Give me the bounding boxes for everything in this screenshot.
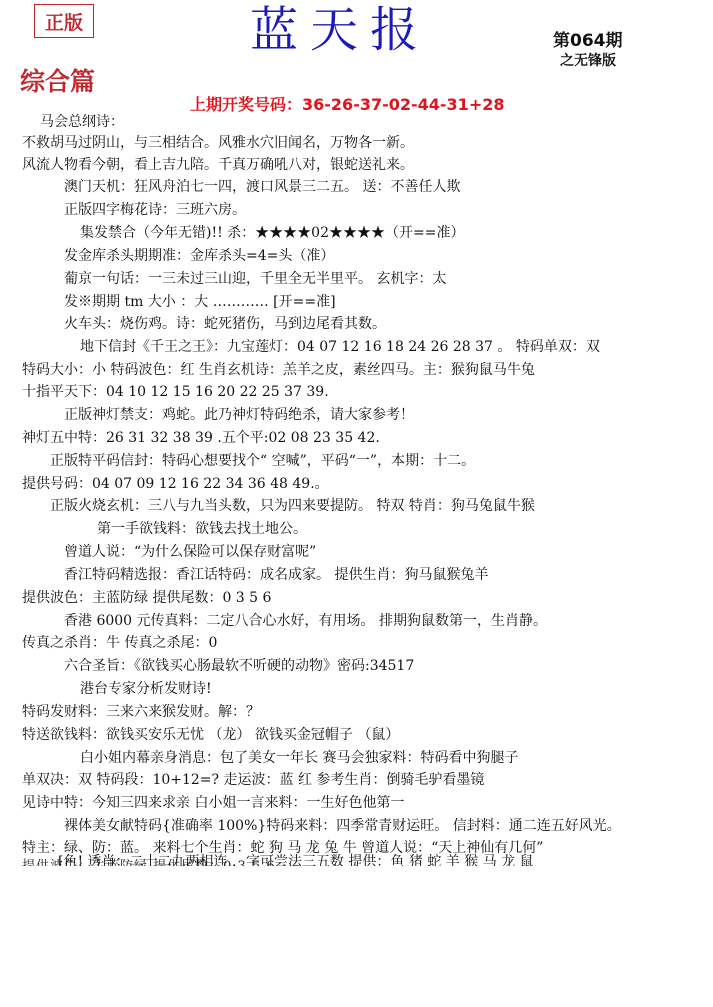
article-line: 曾道人说：“为什么保险可以保存财富呢” bbox=[64, 543, 316, 561]
last-draw-numbers: 36-26-37-02-44-31+28 bbox=[302, 95, 504, 114]
article-line: 特送欲钱料：欲钱买安乐无忧 （龙） 欲钱买金冠帽子 （鼠） bbox=[22, 726, 399, 744]
article-line: 葡京一句话：一三未过三山迎，千里全无半里平。 玄机字：太 bbox=[64, 270, 446, 288]
newspaper-page: 正版 蓝天报 第064期 之无锋版 综合篇 上期开奖号码：36-26-37-02… bbox=[0, 0, 713, 1007]
article-line: 发金库杀头期期准：金库杀头=4=头（准） bbox=[64, 247, 334, 265]
issue-number: 第064期 bbox=[553, 26, 623, 51]
article-line: 香港 6000 元传真料：二定八合心水好，有用场。 排期狗鼠数第一，生肖静。 bbox=[64, 612, 547, 630]
article-line: 正版神灯禁支：鸡蛇。此乃神灯特码绝杀，请大家参考！ bbox=[64, 406, 414, 424]
article-line: 裸体美女献特码{准确率 100%}特码来料：四季常青财运旺。 信封料：通二连五好… bbox=[64, 817, 621, 835]
article-line: 正版特平码信封：特码心想要找个“ 空喊”，平码“一”，本期：十二。 bbox=[50, 452, 475, 470]
article-line: 特码大小：小 特码波色：红 生肖玄机诗：羔羊之皮，素丝四马。主：猴狗鼠马牛兔 bbox=[22, 361, 535, 379]
article-line: 港台专家分析发财诗! bbox=[80, 680, 212, 698]
article-line: 提供波色：主蓝防绿 提供尾数：0 3 5 6 bbox=[22, 589, 271, 607]
article-line: 特码发财料：三来六来猴发财。解：？ bbox=[22, 703, 260, 721]
article-line: 澳门天机：狂风舟泊七一四，渡口风景三二五。 送：不善任人欺 bbox=[64, 178, 460, 196]
article-line: 提供号码：04 07 09 12 16 22 34 36 48 49.。 bbox=[22, 475, 329, 493]
article-line: 神灯五中特：26 31 32 38 39 .五个平:02 08 23 35 42… bbox=[22, 429, 380, 447]
article-line: 火车头：烧伤鸡。诗：蛇死猪伤，马到边尾看其数。 bbox=[64, 315, 386, 333]
article-line: 单双决：双 特码段：10+12=? 走运波：蓝 红 参考生肖：倒骑毛驴看墨镜 bbox=[22, 771, 484, 789]
footer-clip-mask bbox=[0, 866, 713, 896]
article-line: 香江特码精选报：香江话特码：成名成家。 提供生肖：狗马鼠猴兔羊 bbox=[64, 566, 488, 584]
article-line: 正版四字梅花诗：三班六房。 bbox=[64, 201, 246, 219]
article-line: 马会总纲诗： bbox=[40, 113, 124, 131]
last-draw-label: 上期开奖号码： bbox=[190, 95, 302, 114]
article-line: 地下信封《千王之王》：九宝莲灯：04 07 12 16 18 24 26 28 … bbox=[80, 338, 600, 356]
article-line: 不救胡马过阴山，与三相结合。风雅水穴旧闻名，万物各一新。 bbox=[22, 134, 414, 152]
section-title: 综合篇 bbox=[20, 62, 95, 98]
official-edition-badge: 正版 bbox=[34, 4, 94, 38]
article-line: 传真之杀肖：牛 传真之杀尾：0 bbox=[22, 634, 217, 652]
last-draw-result: 上期开奖号码：36-26-37-02-44-31+28 bbox=[190, 92, 504, 115]
article-line: 正版火烧玄机：三八与九当头数，只为四来要提防。 特双 特肖：狗马兔鼠牛猴 bbox=[50, 497, 535, 515]
article-line: 十指平天下：04 10 12 15 16 20 22 25 37 39. bbox=[22, 383, 329, 401]
article-line: 第一手欲钱料：欲钱去找土地公。 bbox=[97, 520, 307, 538]
newspaper-title: 蓝天报 bbox=[250, 2, 440, 58]
edition-label: 之无锋版 bbox=[560, 50, 616, 70]
article-line: 白小姐内幕亲身消息：包了美女一年长 赛马会独家料：特码看中狗腿子 bbox=[80, 749, 518, 767]
article-line: 风流人物看今朝，看上吉九陪。千真万确吼八对，银蛇送礼来。 bbox=[22, 156, 414, 174]
article-line: 集发禁合（今年无错)!! 杀：★★★★02★★★★（开==准） bbox=[80, 224, 464, 242]
article-line: 见诗中特：今知三四来求亲 白小姐一言来料：一生好色他第一 bbox=[22, 794, 404, 812]
article-line: 发※期期 tm 大小 ：大 ………… [开==准] bbox=[64, 293, 336, 311]
article-line: 六合圣旨：《欲钱买心肠最软不听硬的动物》密码:34517 bbox=[64, 657, 414, 675]
